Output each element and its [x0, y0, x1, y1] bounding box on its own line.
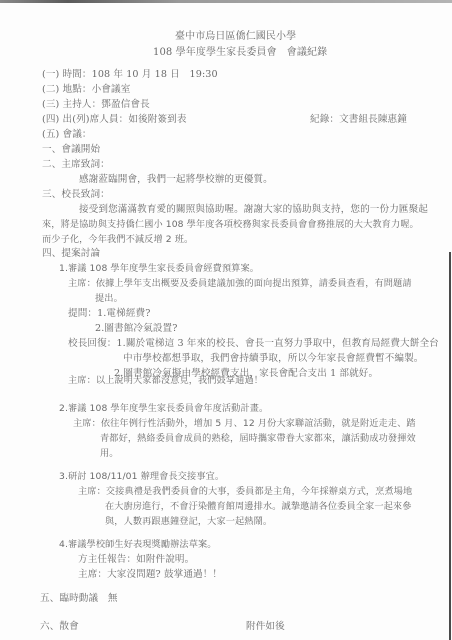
proposal-line: 校長回復：1.關於電梯這 3 年來的校長、會長一直努力爭取中，但教育局經費大餅全… [68, 337, 439, 351]
proposal-title: 3.研討 108/11/01 辦理會長交接事宜。 [59, 470, 224, 484]
document-title: 108 學年度學生家長委員會 會議紀錄 [153, 46, 327, 60]
attachment-note: 附件如後 [246, 620, 285, 634]
meeting-minutes-page: 臺中市烏日區僑仁國民小學 108 學年度學生家長委員會 會議紀錄 (一) 時間：… [0, 0, 452, 640]
principal-speech-line: 來，將是協助與支持僑仁國小 108 學年度各項校務與家長委員會會務推展的大大教育… [42, 218, 419, 232]
proposal-line: 主席：依據上學年支出概要及委員建議加強的面向提出預算，請委員查看，有問題請 [68, 277, 412, 291]
proposal-title: 4.審議學校師生好表現獎勵辦法草案。 [59, 538, 217, 552]
proposal-line: 2.圖書館冷氣設置? [95, 322, 177, 336]
chair-speech-text: 感謝蒞臨開會，我們一起將學校辦的更優質。 [79, 173, 273, 187]
proposal-line: 主席：依往年例行性活動外，增加 5 月、12 月份大家聯誼活動，就是附近走走、踏 [73, 417, 416, 431]
proposal-line: 青都好，熱絡委員會成員的熟稔，屆時攜家帶眷大家都來，讓活動成功發揮效 [100, 432, 416, 446]
proposal-line: 用。 [100, 447, 119, 461]
proposal-title: 1.審議 108 學年度學生家長委員會經費預算案。 [59, 262, 259, 276]
principal-speech-line: 接受到您滿滿教育愛的關照與協助喔。謝謝大家的協助與支持，您的一份力匯聚起 [79, 203, 428, 217]
principal-speech-line: 而少子化，今年我們不減反增 2 班。 [42, 233, 193, 247]
proposal-line: 中市學校都想爭取，我們會持續爭取，所以今年家長會經費暫不編製。 [123, 352, 424, 366]
proposal-line: 主席：交接典禮是我們委員會的大事，委員都是主角，今年採辦桌方式，烹煮場地 [78, 485, 412, 499]
section-extempore: 五、臨時動議 無 [40, 592, 118, 606]
section-principal-speech-heading: 三、校長致詞： [42, 188, 110, 202]
info-recorder: 紀錄：文書組長陳惠鐘 [310, 113, 407, 127]
proposal-line: 提問：1.電梯經費? [68, 307, 150, 321]
info-attendees: (四) 出(列)席人員：如後附簽到表 [42, 113, 187, 127]
proposal-line: 主席：大家沒問題? 鼓掌通過！！ [78, 568, 222, 582]
info-place: (二) 地點：小會議室 [42, 83, 130, 97]
proposal-line: 提出。 [95, 292, 123, 306]
proposal-line: 在大廚房進行，不會汙染體育館周邊排水。誠摯邀請各位委員全家一起來參 [105, 500, 412, 514]
info-meeting: (五) 會議： [42, 128, 92, 142]
info-time: (一) 時間：108 年 10 月 18 日 19:30 [42, 68, 218, 82]
section-adjourn: 六、散會 [40, 620, 79, 634]
school-name: 臺中市烏日區僑仁國民小學 [175, 30, 296, 44]
proposal-line: 主席：以上說明大家都沒意見，我們鼓掌通過！ [68, 374, 263, 388]
section-chair-speech-heading: 二、主席致詞： [42, 158, 110, 172]
proposal-line: 與，人數再跟惠鐘登記，大家一起熱鬧。 [105, 515, 272, 529]
section-opening: 一、會議開始 [42, 143, 100, 157]
proposal-title: 2.審議 108 學年度學生家長委員會年度活動計畫。 [59, 402, 268, 416]
section-proposals-heading: 四、提案討論 [42, 247, 100, 261]
info-chair: (三) 主持人：鄧盈信會長 [42, 98, 150, 112]
proposal-line: 方主任報告：如附件說明。 [78, 553, 194, 567]
